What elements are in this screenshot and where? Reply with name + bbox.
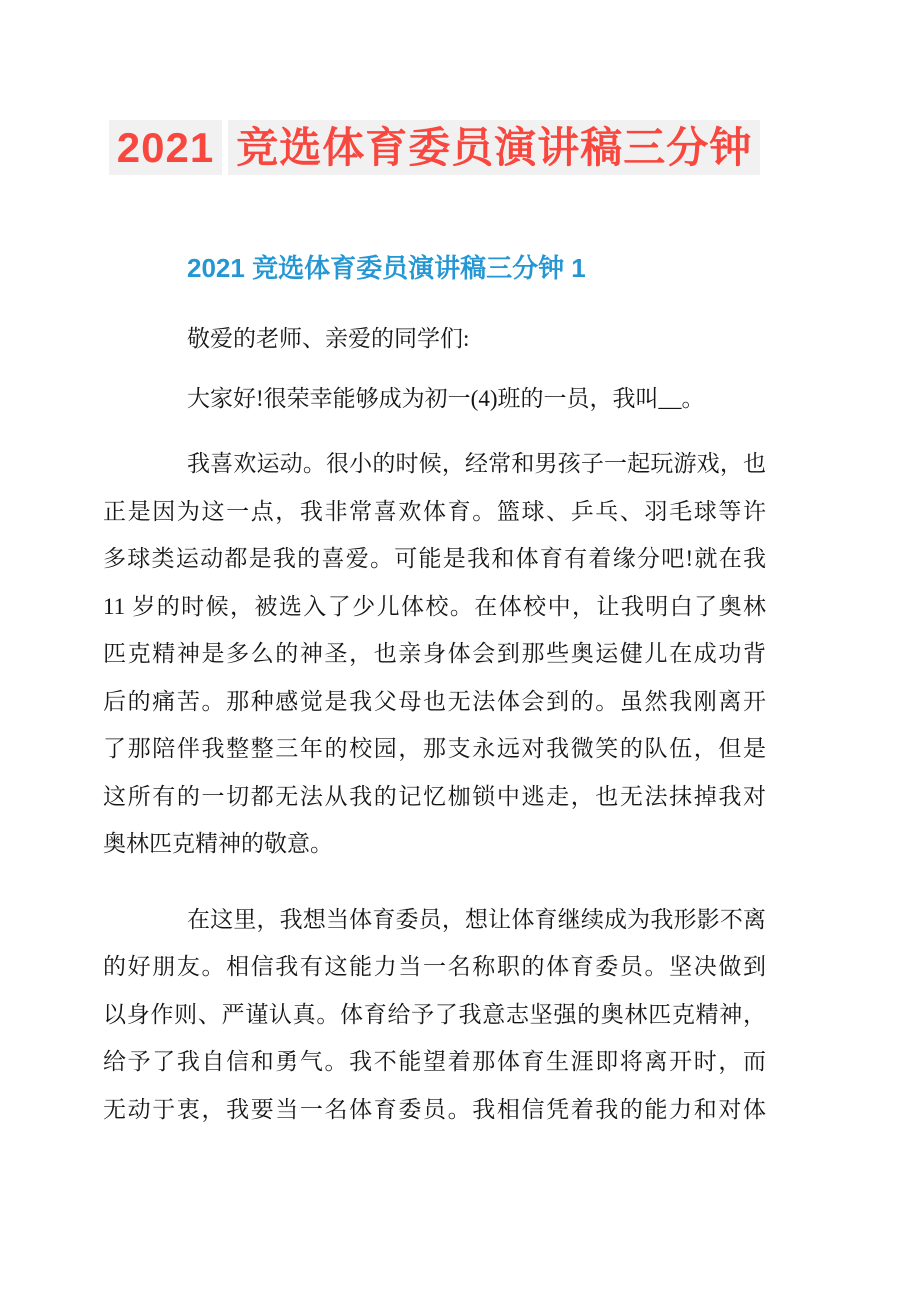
- text-line: 这所有的一切都无法从我的记忆枷锁中逃走，也无法抹掉我对: [103, 773, 766, 821]
- text-line: 以身作则、严谨认真。体育给予了我意志坚强的奥林匹克精神，: [103, 991, 766, 1039]
- text-line: 奥林匹克精神的敬意。: [103, 820, 766, 868]
- page-title-text: 竞选体育委员演讲稿三分钟: [228, 120, 760, 175]
- text-line: 匹克精神是多么的神圣，也亲身体会到那些奥运健儿在成功背: [103, 630, 766, 678]
- text-line: 多球类运动都是我的喜爱。可能是我和体育有着缘分吧!就在我: [103, 535, 766, 583]
- text-line: 在这里，我想当体育委员，想让体育继续成为我形影不离: [103, 896, 766, 944]
- paragraph-body-1: 我喜欢运动。很小的时候，经常和男孩子一起玩游戏，也正是因为这一点，我非常喜欢体育…: [103, 440, 766, 868]
- text-line: 无动于衷，我要当一名体育委员。我相信凭着我的能力和对体: [103, 1086, 766, 1134]
- text-line: 给予了我自信和勇气。我不能望着那体育生涯即将离开时，而: [103, 1038, 766, 1086]
- section-subtitle: 2021 竞选体育委员演讲稿三分钟 1: [187, 250, 766, 286]
- text-line: 后的痛苦。那种感觉是我父母也无法体会到的。虽然我刚离开: [103, 678, 766, 726]
- text-line: 大家好!很荣幸能够成为初一(4)班的一员，我叫__。: [103, 375, 766, 423]
- text-line: 了那陪伴我整整三年的校园，那支永远对我微笑的队伍，但是: [103, 725, 766, 773]
- paragraph-body-2: 在这里，我想当体育委员，想让体育继续成为我形影不离的好朋友。相信我有这能力当一名…: [103, 896, 766, 1134]
- page-title: 2021竞选体育委员演讲稿三分钟: [103, 120, 766, 175]
- document-content: 2021竞选体育委员演讲稿三分钟 2021 竞选体育委员演讲稿三分钟 1 敬爱的…: [0, 120, 920, 1133]
- paragraph-greeting: 敬爱的老师、亲爱的同学们:: [103, 315, 766, 363]
- text-line: 正是因为这一点，我非常喜欢体育。篮球、乒乓、羽毛球等许: [103, 488, 766, 536]
- text-line: 11 岁的时候，被选入了少儿体校。在体校中，让我明白了奥林: [103, 583, 766, 631]
- text-line: 的好朋友。相信我有这能力当一名称职的体育委员。坚决做到: [103, 943, 766, 991]
- paragraph-intro: 大家好!很荣幸能够成为初一(4)班的一员，我叫__。: [103, 375, 766, 423]
- document-page: 2021竞选体育委员演讲稿三分钟 2021 竞选体育委员演讲稿三分钟 1 敬爱的…: [0, 0, 920, 1302]
- page-title-year: 2021: [109, 120, 222, 175]
- text-line: 我喜欢运动。很小的时候，经常和男孩子一起玩游戏，也: [103, 440, 766, 488]
- text-line: 敬爱的老师、亲爱的同学们:: [103, 315, 766, 363]
